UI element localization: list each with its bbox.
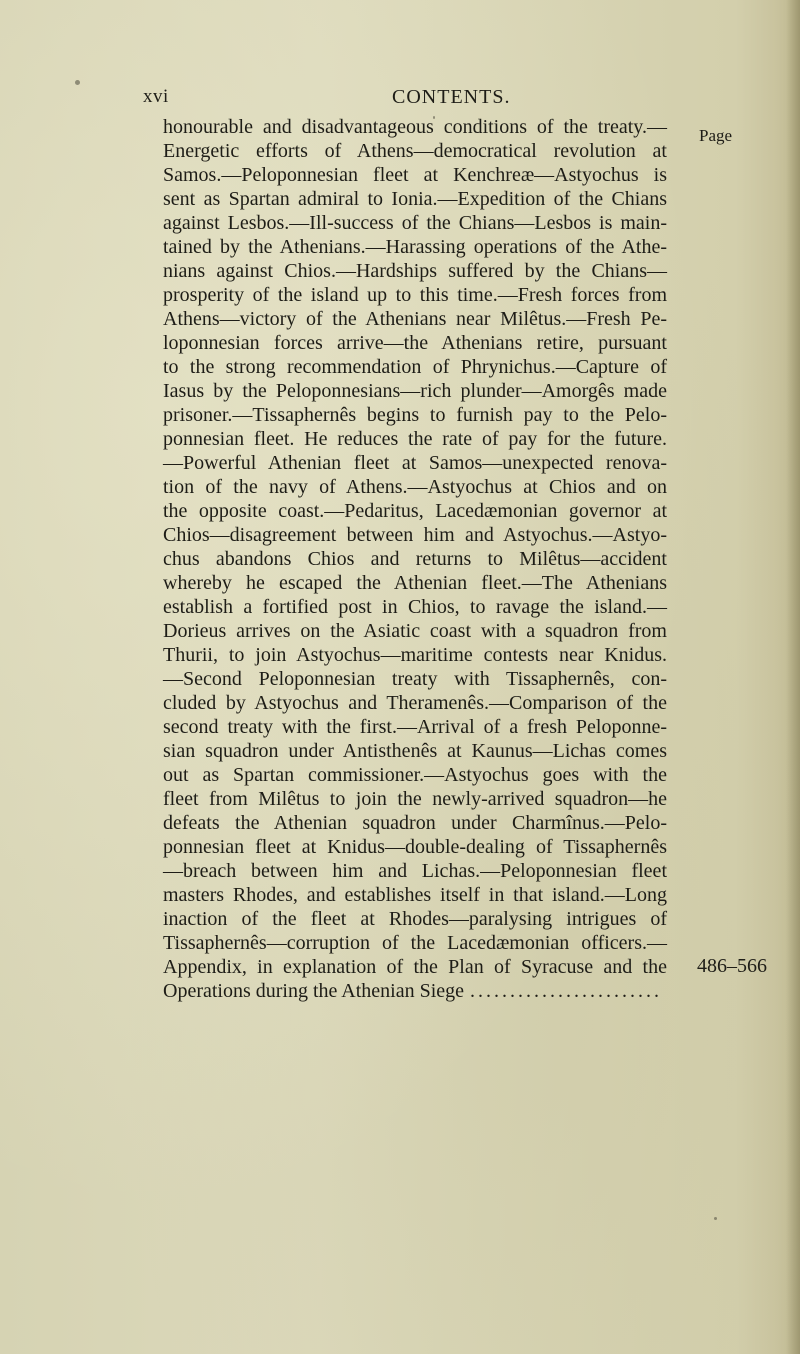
text-line: —Second Peloponnesian treaty with Tissap… bbox=[163, 667, 667, 691]
page-range: 486–566 bbox=[697, 955, 767, 978]
text-line: Athens—victory of the Athenians near Mil… bbox=[163, 307, 667, 331]
text-line: the opposite coast.—Pedaritus, Lacedæmon… bbox=[163, 499, 667, 523]
final-line-text: Operations during the Athenian Siege bbox=[163, 979, 464, 1003]
text-line: fleet from Milêtus to join the newly-arr… bbox=[163, 787, 667, 811]
text-line: ponnesian fleet at Knidus—double-dealing… bbox=[163, 835, 667, 859]
text-line: loponnesian forces arrive—the Athenians … bbox=[163, 331, 667, 355]
contents-entry: honourable and disadvantageous condition… bbox=[163, 115, 667, 1003]
paper-spot bbox=[75, 80, 80, 85]
text-line: Energetic efforts of Athens—democratical… bbox=[163, 139, 667, 163]
text-line: sent as Spartan admiral to Ionia.—Expedi… bbox=[163, 187, 667, 211]
page-column-label: Page bbox=[699, 126, 732, 146]
text-line: second treaty with the first.—Arrival of… bbox=[163, 715, 667, 739]
paper-spot bbox=[714, 1217, 717, 1220]
text-line: Thurii, to join Astyochus—maritime conte… bbox=[163, 643, 667, 667]
page-header: xvi CONTENTS. bbox=[0, 86, 800, 116]
text-line: Appendix, in explanation of the Plan of … bbox=[163, 955, 667, 979]
text-line: to the strong recommendation of Phrynich… bbox=[163, 355, 667, 379]
text-line: Samos.—Peloponnesian fleet at Kenchreæ—A… bbox=[163, 163, 667, 187]
text-line: Dorieus arrives on the Asiatic coast wit… bbox=[163, 619, 667, 643]
book-page: xvi CONTENTS. Page honourable and disadv… bbox=[0, 0, 800, 1354]
text-line: —Powerful Athenian fleet at Samos—unexpe… bbox=[163, 451, 667, 475]
text-line: cluded by Astyochus and Theramenês.—Comp… bbox=[163, 691, 667, 715]
text-line: whereby he escaped the Athenian fleet.—T… bbox=[163, 571, 667, 595]
text-line: defeats the Athenian squadron under Char… bbox=[163, 811, 667, 835]
text-line: nians against Chios.—Hardships suffered … bbox=[163, 259, 667, 283]
text-line: tained by the Athenians.—Harassing opera… bbox=[163, 235, 667, 259]
text-line: out as Spartan commissioner.—Astyochus g… bbox=[163, 763, 667, 787]
text-line: establish a fortified post in Chios, to … bbox=[163, 595, 667, 619]
text-line: Iasus by the Peloponnesians—rich plunder… bbox=[163, 379, 667, 403]
text-line: Chios—disagreement between him and Astyo… bbox=[163, 523, 667, 547]
final-text-line: Operations during the Athenian Siege ...… bbox=[163, 979, 667, 1003]
running-title: CONTENTS. bbox=[392, 86, 510, 109]
text-line: —breach between him and Lichas.—Peloponn… bbox=[163, 859, 667, 883]
text-line: prosperity of the island up to this time… bbox=[163, 283, 667, 307]
spine-shadow bbox=[786, 0, 800, 1354]
text-line: masters Rhodes, and establishes itself i… bbox=[163, 883, 667, 907]
text-line: chus abandons Chios and returns to Milêt… bbox=[163, 547, 667, 571]
dot-leader: .................................. bbox=[470, 979, 661, 1003]
text-line: honourable and disadvantageous condition… bbox=[163, 115, 667, 139]
text-line: sian squadron under Antisthenês at Kaunu… bbox=[163, 739, 667, 763]
text-line: Tissaphernês—corruption of the Lacedæmon… bbox=[163, 931, 667, 955]
text-line: ponnesian fleet. He reduces the rate of … bbox=[163, 427, 667, 451]
text-line: prisoner.—Tissaphernês begins to furnish… bbox=[163, 403, 667, 427]
text-line: inaction of the fleet at Rhodes—paralysi… bbox=[163, 907, 667, 931]
text-line: against Lesbos.—Ill-success of the Chian… bbox=[163, 211, 667, 235]
paper-spot bbox=[433, 116, 435, 119]
page-number: xvi bbox=[143, 86, 169, 108]
text-line: tion of the navy of Athens.—Astyochus at… bbox=[163, 475, 667, 499]
